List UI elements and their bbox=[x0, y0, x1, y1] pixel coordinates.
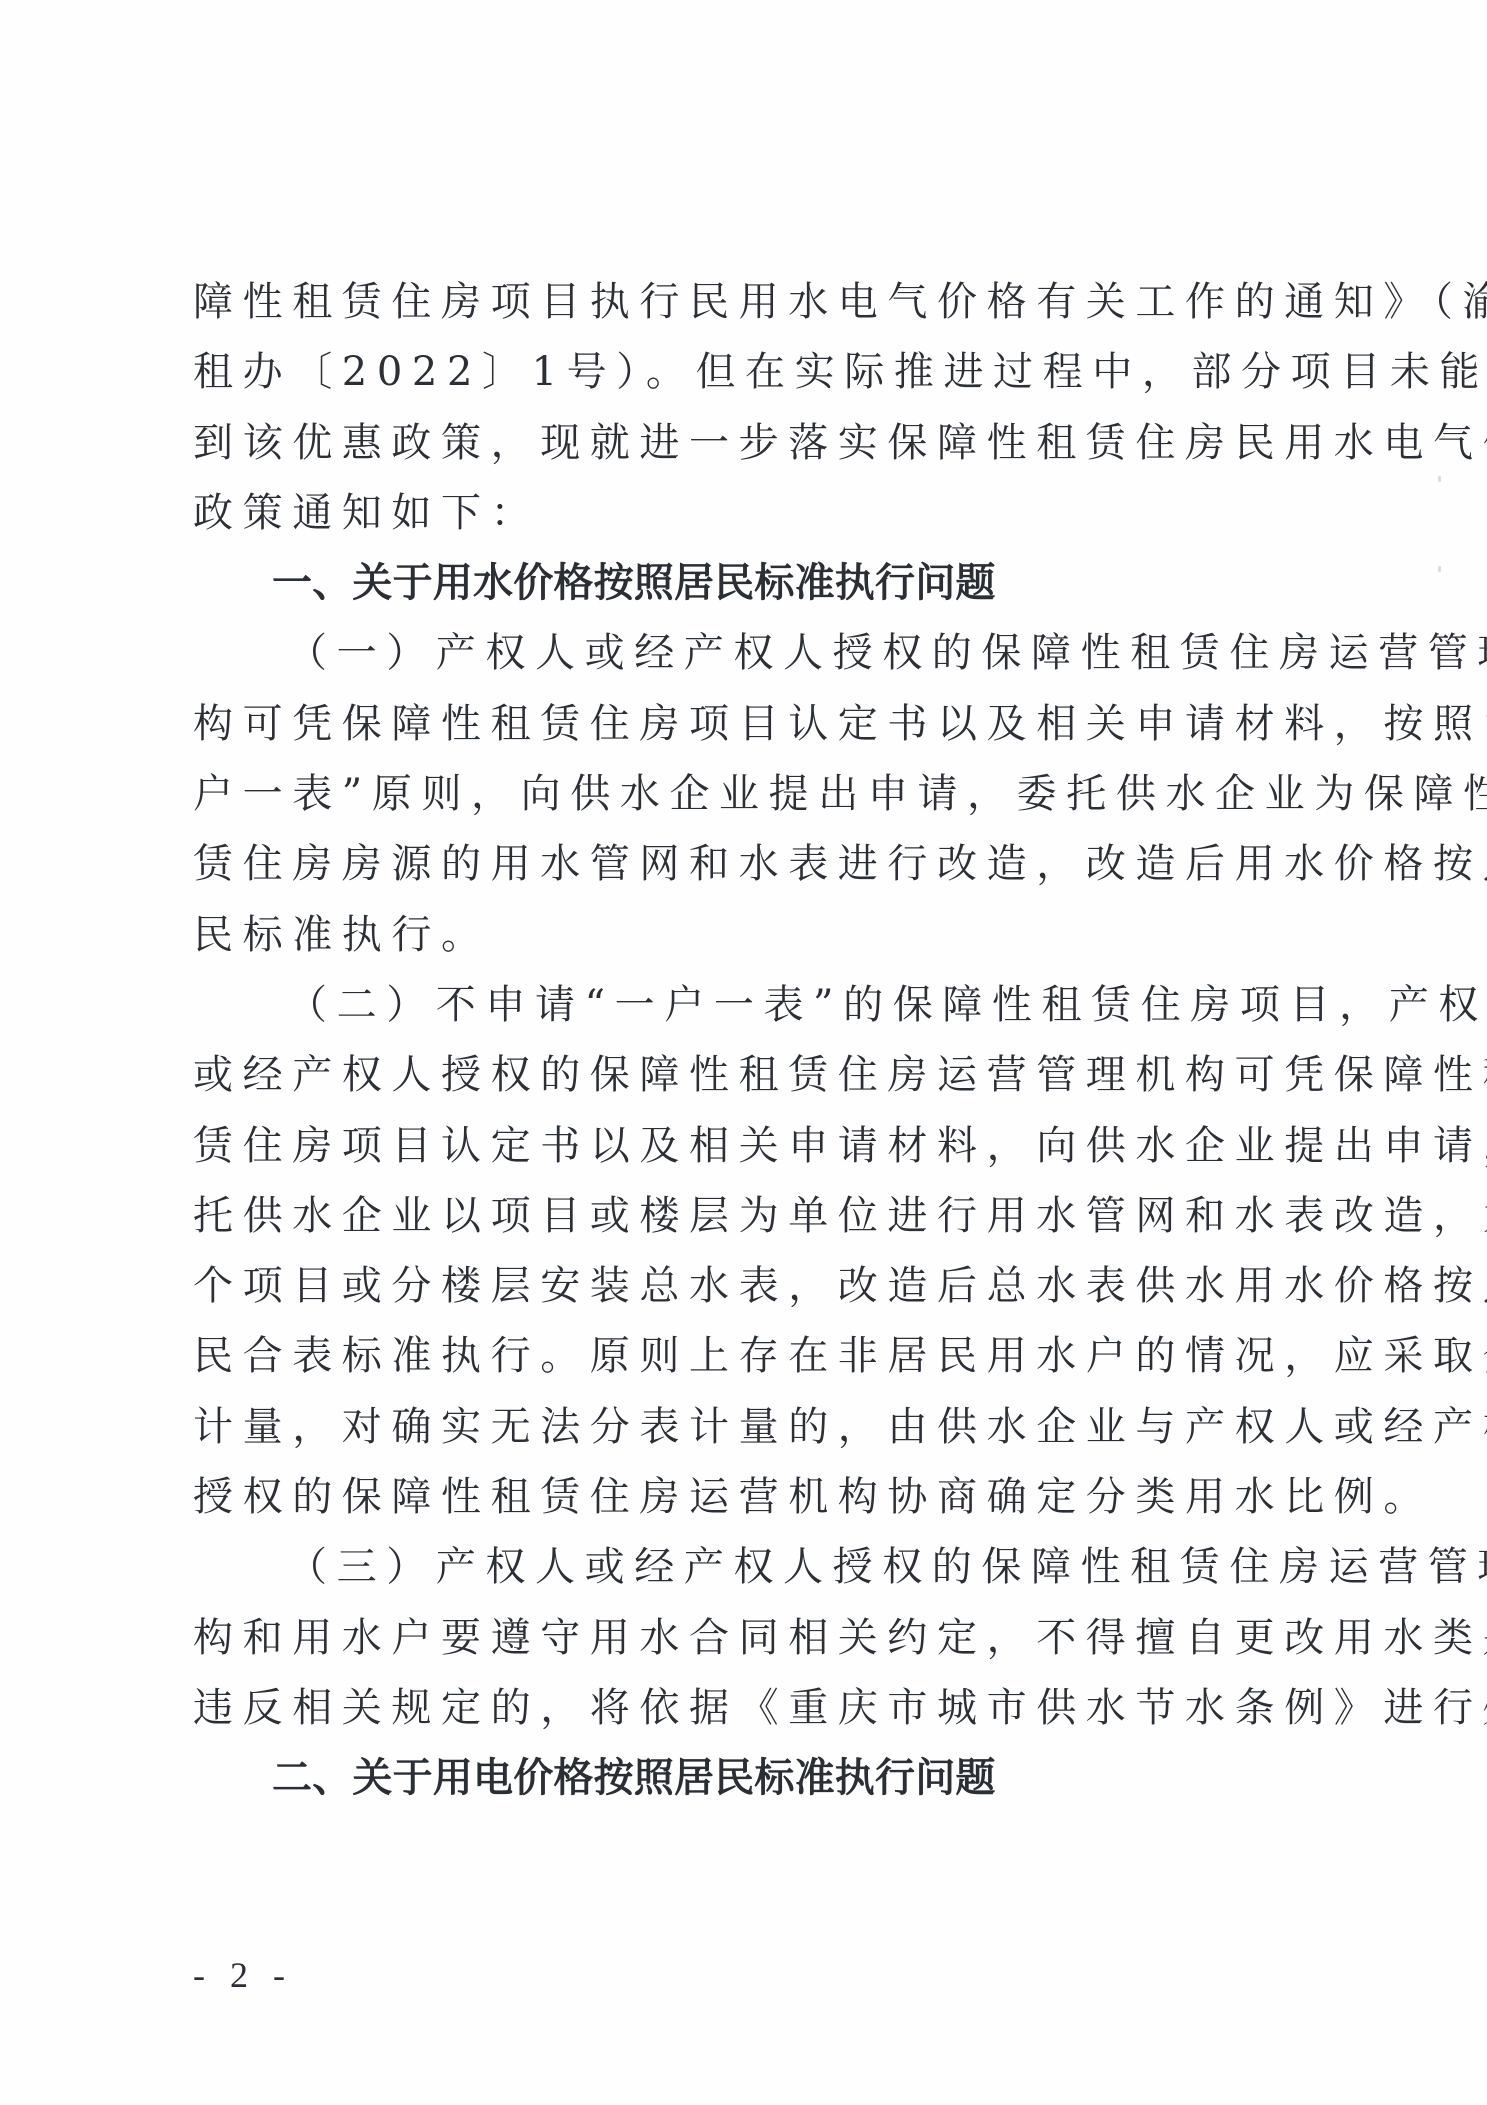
paragraph-start-item-1: （一）产权人或经产权人授权的保障性租赁住房运营管理机 bbox=[193, 618, 1293, 688]
scan-artifact bbox=[1438, 566, 1441, 572]
body-line: 违反相关规定的，将依据《重庆市城市供水节水条例》进行处罚。 bbox=[193, 1673, 1293, 1743]
body-line: 托供水企业以项目或楼层为单位进行用水管网和水表改造，为整 bbox=[193, 1181, 1293, 1251]
body-line: 个项目或分楼层安装总水表，改造后总水表供水用水价格按照居 bbox=[193, 1251, 1293, 1321]
body-line: 民合表标准执行。原则上存在非居民用水户的情况，应采取分表 bbox=[193, 1321, 1293, 1391]
section-heading-electricity: 二、关于用电价格按照居民标准执行问题 bbox=[193, 1743, 1293, 1813]
body-line: 构和用水户要遵守用水合同相关约定，不得擅自更改用水类别， bbox=[193, 1603, 1293, 1673]
body-line: 到该优惠政策，现就进一步落实保障性租赁住房民用水电气价格 bbox=[193, 408, 1293, 478]
body-line: 租办〔2022〕1号）。但在实际推进过程中，部分项目未能享受 bbox=[193, 337, 1293, 407]
body-line: 民标准执行。 bbox=[193, 900, 1293, 970]
paragraph-start-item-3: （三）产权人或经产权人授权的保障性租赁住房运营管理机 bbox=[193, 1532, 1293, 1602]
body-line: 赁住房项目认定书以及相关申请材料，向供水企业提出申请，委 bbox=[193, 1111, 1293, 1181]
body-line: 赁住房房源的用水管网和水表进行改造，改造后用水价格按照居 bbox=[193, 829, 1293, 899]
body-line: 或经产权人授权的保障性租赁住房运营管理机构可凭保障性租 bbox=[193, 1040, 1293, 1110]
document-page: 障性租赁住房项目执行民用水电气价格有关工作的通知》（渝保 租办〔2022〕1号）… bbox=[0, 0, 1487, 2105]
section-heading-water: 一、关于用水价格按照居民标准执行问题 bbox=[193, 548, 1293, 618]
scan-artifact bbox=[1438, 476, 1441, 482]
body-line: 政策通知如下： bbox=[193, 478, 1293, 548]
body-line: 计量，对确实无法分表计量的，由供水企业与产权人或经产权人 bbox=[193, 1392, 1293, 1462]
page-number: - 2 - bbox=[193, 1952, 293, 1998]
body-line: 障性租赁住房项目执行民用水电气价格有关工作的通知》（渝保 bbox=[193, 267, 1293, 337]
body-line: 授权的保障性租赁住房运营机构协商确定分类用水比例。 bbox=[193, 1462, 1293, 1532]
body-line: 户一表”原则，向供水企业提出申请，委托供水企业为保障性租 bbox=[193, 759, 1293, 829]
body-line: 构可凭保障性租赁住房项目认定书以及相关申请材料，按照“一 bbox=[193, 689, 1293, 759]
document-body: 障性租赁住房项目执行民用水电气价格有关工作的通知》（渝保 租办〔2022〕1号）… bbox=[193, 267, 1293, 1814]
paragraph-start-item-2: （二）不申请“一户一表”的保障性租赁住房项目，产权人 bbox=[193, 970, 1293, 1040]
